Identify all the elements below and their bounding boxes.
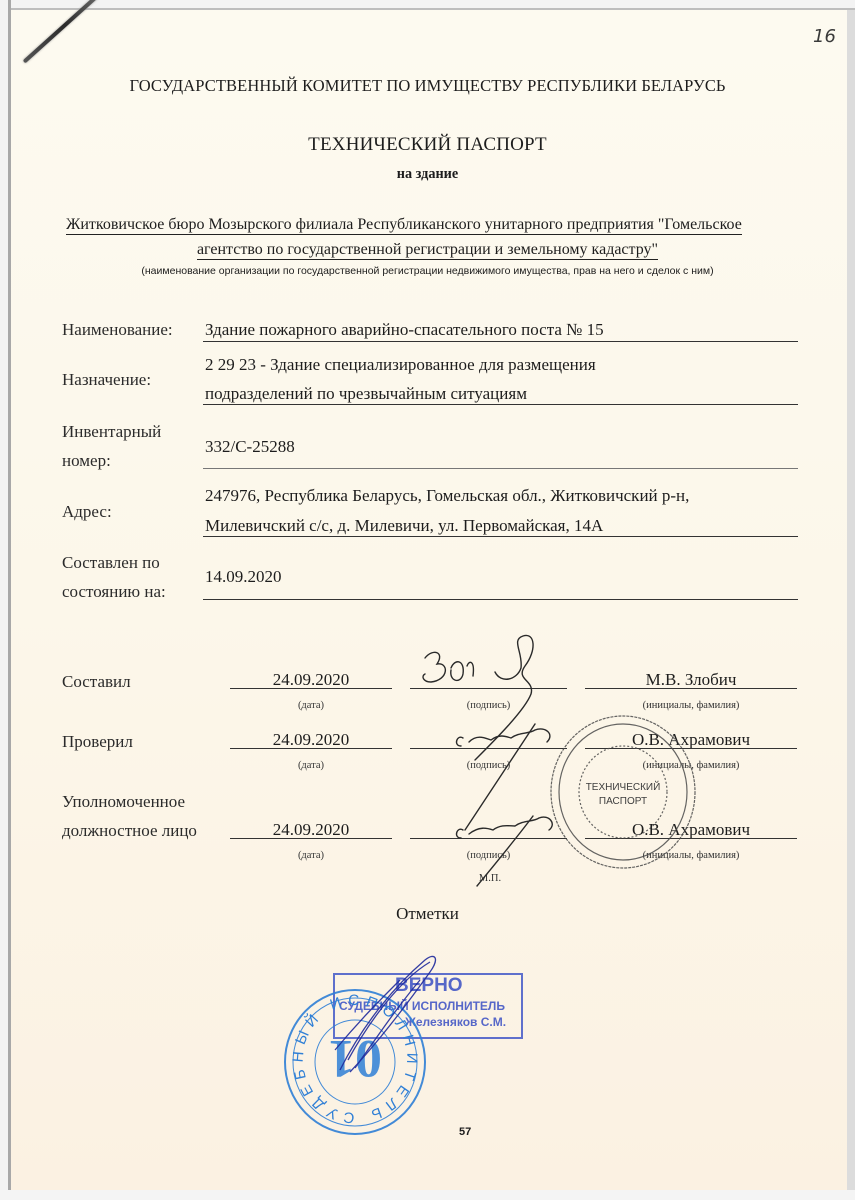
- ministry-heading: ГОСУДАРСТВЕННЫЙ КОМИТЕТ ПО ИМУЩЕСТВУ РЕС…: [0, 76, 855, 96]
- scan-frame-bottom: [0, 1190, 855, 1200]
- authorized-date-rule: [230, 838, 392, 839]
- inventory-label-line-2: номер:: [62, 451, 111, 471]
- purpose-value-line-2: подразделений по чрезвычайным ситуациям: [205, 384, 527, 404]
- handwritten-sheet-number: 16: [813, 26, 836, 47]
- document-subtitle: на здание: [21, 166, 833, 183]
- compiled-date: 24.09.2020: [230, 670, 392, 690]
- purpose-label: Назначение:: [62, 370, 151, 390]
- document-title: ТЕХНИЧЕСКИЙ ПАСПОРТ: [0, 134, 855, 156]
- date-caption: (дата): [230, 760, 392, 771]
- state-date-value: 14.09.2020: [205, 567, 282, 587]
- organization-line-2: агентство по государственной регистрации…: [0, 241, 855, 259]
- bailiff-signature-icon: [330, 950, 450, 1080]
- name-rule: [203, 341, 798, 342]
- tech-passport-seal-icon: ТЕХНИЧЕСКИЙ ПАСПОРТ: [545, 712, 700, 872]
- purpose-rule: [203, 404, 798, 405]
- state-date-label-line-1: Составлен по: [62, 553, 160, 573]
- checked-date-rule: [230, 748, 392, 749]
- svg-text:ТЕХНИЧЕСКИЙ: ТЕХНИЧЕСКИЙ: [586, 780, 661, 793]
- compiled-by-label: Составил: [62, 672, 131, 692]
- inventory-value: 332/С-25288: [205, 437, 295, 457]
- authorized-date: 24.09.2020: [230, 820, 392, 840]
- name-caption: (инициалы, фамилия): [585, 700, 797, 711]
- compiled-date-rule: [230, 688, 392, 689]
- organization-caption: (наименование организации по государстве…: [0, 265, 855, 277]
- address-value-line-1: 247976, Республика Беларусь, Гомельская …: [205, 486, 689, 506]
- authorized-person-label-line-1: Уполномоченное: [62, 792, 185, 812]
- address-rule: [203, 536, 798, 537]
- compiled-name: М.В. Злобич: [585, 670, 797, 690]
- organization-line-1: Житковичское бюро Мозырского филиала Рес…: [66, 216, 742, 234]
- date-caption: (дата): [230, 850, 392, 861]
- state-date-label-line-2: состоянию на:: [62, 582, 166, 602]
- inventory-label-line-1: Инвентарный: [62, 422, 161, 442]
- scan-frame-top: [0, 0, 855, 10]
- checked-by-label: Проверил: [62, 732, 133, 752]
- name-value: Здание пожарного аварийно-спасательного …: [205, 320, 604, 340]
- scan-frame-left: [0, 0, 11, 1200]
- date-caption: (дата): [230, 700, 392, 711]
- name-label: Наименование:: [62, 320, 173, 340]
- checked-date: 24.09.2020: [230, 730, 392, 750]
- svg-text:ПАСПОРТ: ПАСПОРТ: [599, 796, 647, 807]
- compiled-name-rule: [585, 688, 797, 689]
- inventory-rule: [203, 468, 798, 469]
- authorized-person-label-line-2: должностное лицо: [62, 821, 197, 841]
- organization-text-1: Житковичское бюро Мозырского филиала Рес…: [66, 216, 742, 235]
- marks-heading: Отметки: [0, 904, 855, 924]
- organization-text-2: агентство по государственной регистрации…: [197, 241, 658, 260]
- page-number: 57: [459, 1126, 471, 1138]
- address-label: Адрес:: [62, 502, 112, 522]
- state-date-rule: [203, 599, 798, 600]
- purpose-value-line-1: 2 29 23 - Здание специализированное для …: [205, 355, 596, 375]
- address-value-line-2: Милевичский с/с, д. Милевичи, ул. Первом…: [205, 516, 603, 536]
